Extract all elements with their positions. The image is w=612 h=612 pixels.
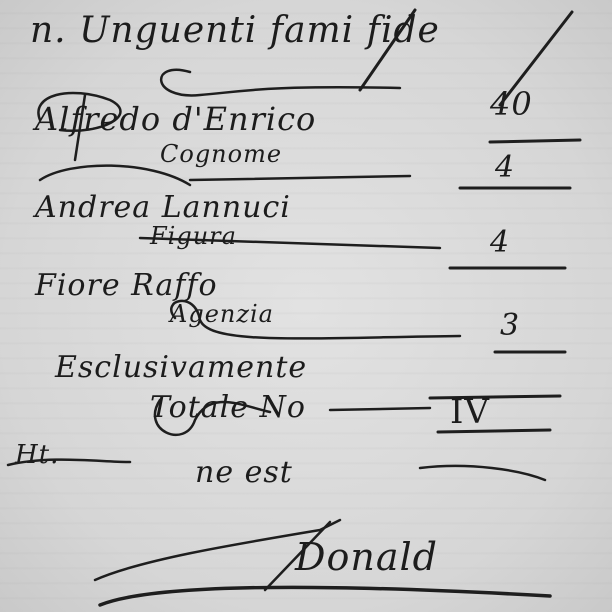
entry4-label: Agenzia: [170, 300, 274, 328]
signature: Donald: [295, 535, 438, 579]
document-page: n. Unguenti fami fide Cognome Alfredo d'…: [0, 0, 612, 612]
total-value: IV: [450, 392, 490, 432]
entry4-name: Esclusivamente: [55, 350, 307, 385]
entry2-name: Andrea Lannuci: [35, 190, 291, 225]
entry4-value: 3: [500, 308, 520, 343]
entry3-name: Fiore Raffo: [35, 268, 218, 303]
mark: Ht.: [15, 440, 59, 470]
entry1-value: 40: [490, 85, 533, 123]
entry3-value: 4: [490, 225, 510, 260]
entry2-value: 4: [495, 150, 515, 185]
closing-line: ne est: [195, 455, 293, 490]
entry3-label: Figura: [150, 222, 237, 250]
entry2-label: Cognome: [160, 140, 282, 168]
entry1-name: Alfredo d'Enrico: [35, 100, 316, 138]
total-label: Totale No: [150, 390, 306, 425]
heading-line: n. Unguenti fami fide: [30, 10, 440, 51]
